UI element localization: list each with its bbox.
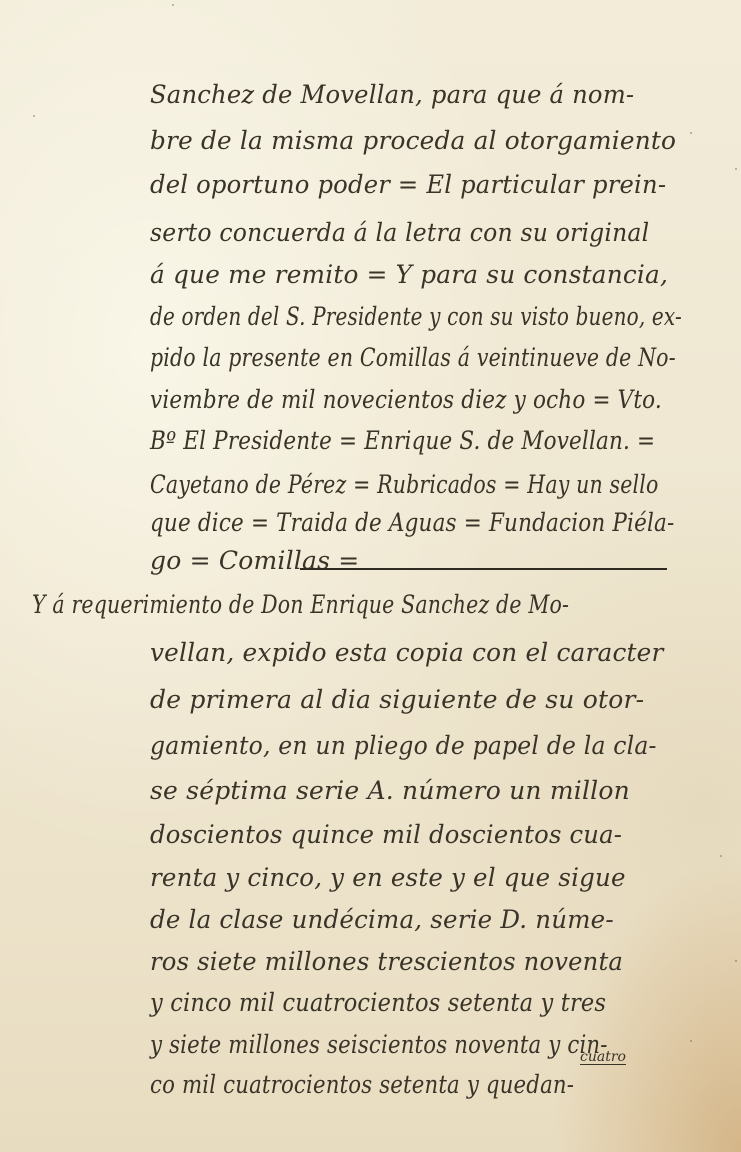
- text-line-23: y siete millones seiscientos noventa y c…: [150, 1032, 608, 1057]
- interlinear-insertion: cuatro: [580, 1050, 626, 1065]
- text-line-6: de orden del S. Presidente y con su vist…: [150, 304, 682, 329]
- text-line-4: serto concuerda á la letra con su origin…: [150, 220, 649, 245]
- text-line-21: ros siete millones trescientos noventa: [150, 949, 623, 974]
- paper-speck: [690, 1040, 692, 1042]
- text-line-9: Bº El Presidente = Enrique S. de Movella…: [150, 428, 655, 453]
- paper-speck: [735, 960, 737, 962]
- paper-speck: [690, 132, 692, 134]
- text-line-7: pido la presente en Comillas á veintinue…: [150, 345, 676, 370]
- paper-speck: [720, 855, 722, 857]
- text-line-17: se séptima serie A. número un millon: [150, 778, 630, 803]
- text-line-5: á que me remito = Y para su constancia,: [150, 262, 668, 287]
- text-line-14: vellan, expido esta copia con el caracte…: [150, 640, 664, 665]
- text-line-19: renta y cinco, y en este y el que sigue: [150, 865, 626, 890]
- text-line-8: viembre de mil novecientos diez y ocho =…: [150, 387, 662, 412]
- text-line-22: y cinco mil cuatrocientos setenta y tres: [150, 990, 606, 1015]
- text-line-2: bre de la misma proceda al otorgamiento: [150, 128, 676, 153]
- text-line-16: gamiento, en un pliego de papel de la cl…: [150, 733, 657, 758]
- document-page: Sanchez de Movellan, para que á nom- bre…: [0, 0, 741, 1152]
- text-line-11: que dice = Traida de Aguas = Fundacion P…: [150, 510, 674, 535]
- text-line-1: Sanchez de Movellan, para que á nom-: [150, 82, 634, 107]
- text-line-15: de primera al dia siguiente de su otor-: [150, 687, 644, 712]
- text-line-18: doscientos quince mil doscientos cua-: [150, 822, 622, 847]
- text-line-3: del oportuno poder = El particular prein…: [150, 172, 666, 197]
- text-line-20: de la clase undécima, serie D. núme-: [150, 907, 614, 932]
- closing-rule: [300, 568, 667, 570]
- text-line-13: Y á requerimiento de Don Enrique Sanchez…: [32, 592, 569, 617]
- text-line-10: Cayetano de Pérez = Rubricados = Hay un …: [150, 472, 658, 497]
- paper-speck: [735, 168, 737, 170]
- paper-speck: [172, 4, 174, 6]
- text-line-24: co mil cuatrocientos setenta y quedan-: [150, 1072, 574, 1097]
- paper-speck: [33, 115, 35, 117]
